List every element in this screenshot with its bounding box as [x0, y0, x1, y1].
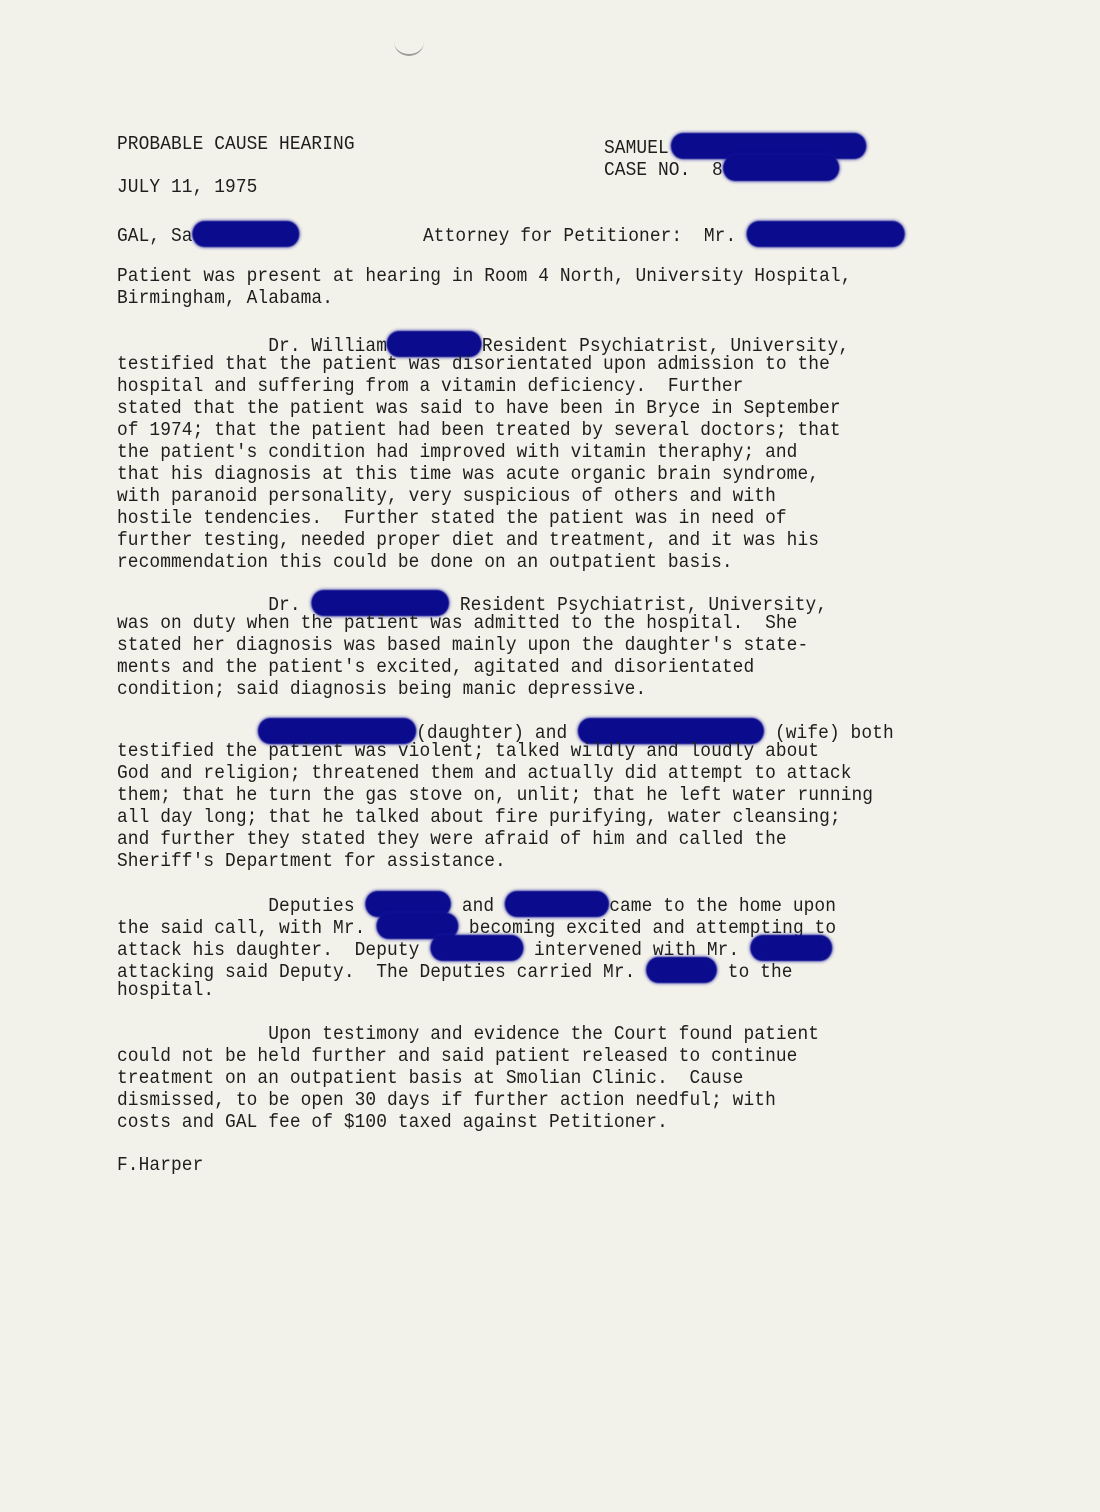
- body-line: Sheriff's Department for assistance.: [117, 850, 506, 872]
- body-line: attacking said Deputy. The Deputies carr…: [117, 957, 793, 983]
- body-line: testified the patient was violent; talke…: [117, 740, 819, 762]
- body-line: and further they stated they were afraid…: [117, 828, 787, 850]
- body-line: recommendation this could be done on an …: [117, 551, 733, 573]
- body-line: condition; said diagnosis being manic de…: [117, 678, 646, 700]
- body-line: treatment on an outpatient basis at Smol…: [117, 1067, 743, 1089]
- body-line: hospital.: [117, 979, 214, 1001]
- attorney-line: Attorney for Petitioner: Mr.: [423, 221, 905, 247]
- body-line: could not be held further and said patie…: [117, 1045, 797, 1067]
- body-line: that his diagnosis at this time was acut…: [117, 463, 819, 485]
- body-line: costs and GAL fee of $100 taxed against …: [117, 1111, 668, 1133]
- redaction: [193, 221, 300, 247]
- signature: F.Harper: [117, 1154, 203, 1176]
- document-title: PROBABLE CAUSE HEARING: [117, 133, 355, 155]
- body-line: with paranoid personality, very suspicio…: [117, 485, 776, 507]
- body-line: Birmingham, Alabama.: [117, 287, 333, 309]
- body-line: testified that the patient was disorient…: [117, 353, 830, 375]
- body-line: ments and the patient's excited, agitate…: [117, 656, 754, 678]
- body-line: dismissed, to be open 30 days if further…: [117, 1089, 776, 1111]
- body-line: of 1974; that the patient had been treat…: [117, 419, 841, 441]
- body-line: Upon testimony and evidence the Court fo…: [117, 1023, 819, 1045]
- body-line: God and religion; threatened them and ac…: [117, 762, 851, 784]
- body-line: hospital and suffering from a vitamin de…: [117, 375, 743, 397]
- body-line: stated that the patient was said to have…: [117, 397, 841, 419]
- body-line: the patient's condition had improved wit…: [117, 441, 797, 463]
- body-line: all day long; that he talked about fire …: [117, 806, 841, 828]
- body-line: hostile tendencies. Further stated the p…: [117, 507, 787, 529]
- body-line: Patient was present at hearing in Room 4…: [117, 265, 851, 287]
- redaction: [747, 221, 905, 247]
- case-number: CASE NO. 8: [604, 155, 839, 181]
- body-line: them; that he turn the gas stove on, unl…: [117, 784, 873, 806]
- staple-mark: [394, 28, 424, 56]
- body-line: further testing, needed proper diet and …: [117, 529, 819, 551]
- gal-line: GAL, Sa: [117, 221, 300, 247]
- body-line: stated her diagnosis was based mainly up…: [117, 634, 808, 656]
- hearing-date: JULY 11, 1975: [117, 176, 257, 198]
- body-line: was on duty when the patient was admitte…: [117, 612, 797, 634]
- document-page: PROBABLE CAUSE HEARING SAMUEL CASE NO. 8…: [0, 0, 1100, 1512]
- redaction: [646, 957, 717, 983]
- redaction: [723, 155, 839, 181]
